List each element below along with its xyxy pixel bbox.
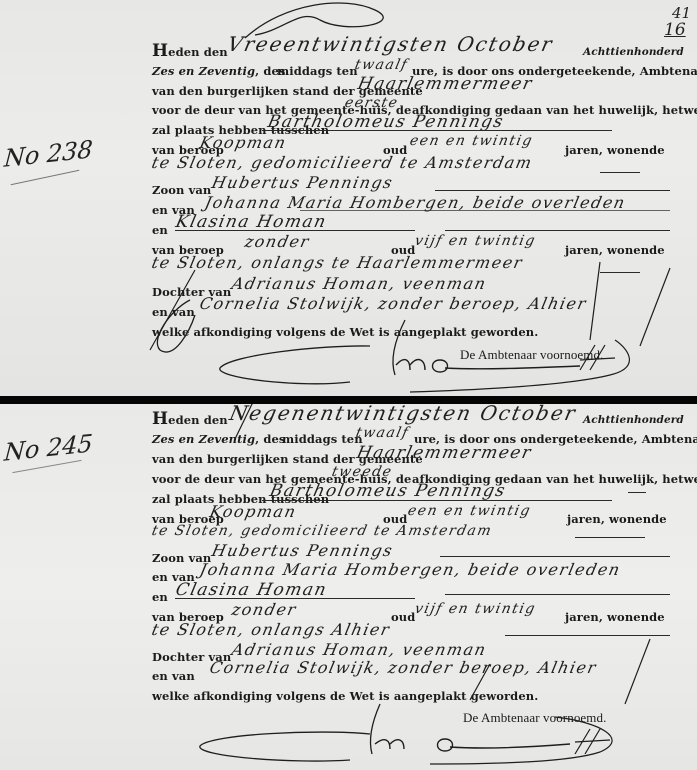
signature-icon xyxy=(0,404,697,770)
record-245: No 245 Heden den Negenentwintigsten Octo… xyxy=(0,404,697,770)
signature-icon xyxy=(0,0,697,396)
page-divider xyxy=(0,396,697,404)
record-238: 41 16 No 238 Heden den Vreeentwintigsten… xyxy=(0,0,697,396)
